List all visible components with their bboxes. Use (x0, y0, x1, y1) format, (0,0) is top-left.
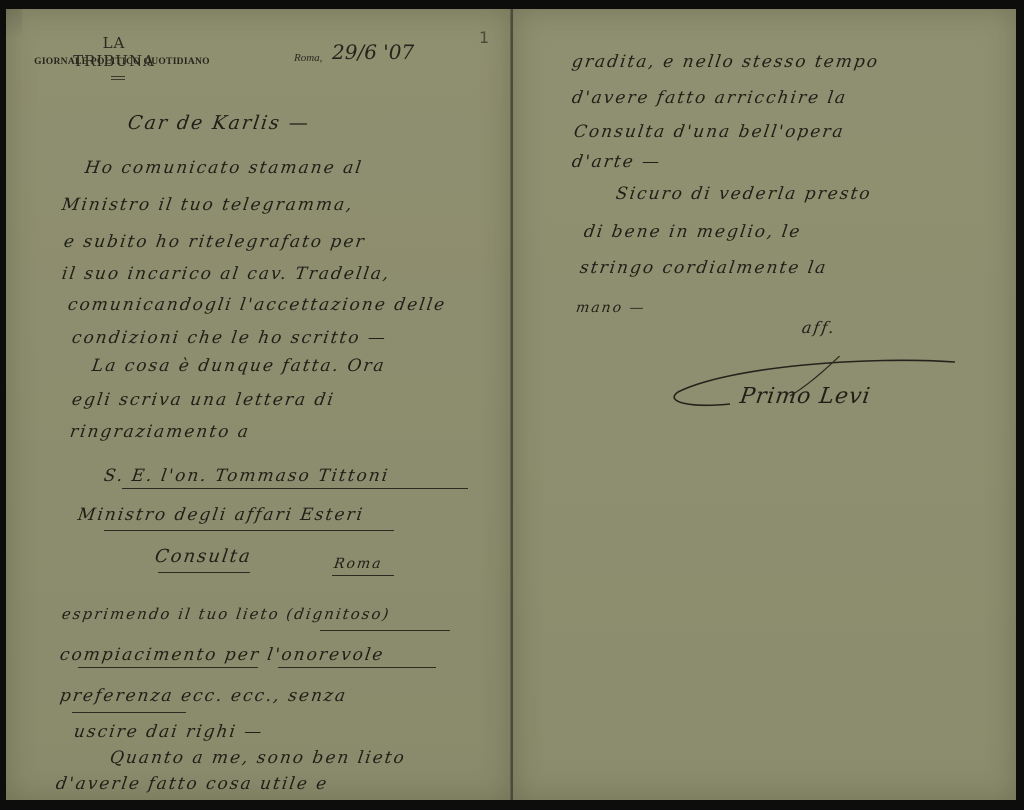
text-line: La cosa è dunque fatta. Ora (91, 356, 387, 376)
addressee-line: S. E. l'on. Tommaso Tittoni (103, 466, 391, 486)
addressee-line: Consulta (154, 546, 254, 567)
text-line: gradita, e nello stesso tempo (571, 52, 881, 72)
underline (78, 667, 258, 668)
underline (104, 530, 394, 531)
text-line: stringo cordialmente la (579, 258, 829, 278)
underline (278, 667, 436, 668)
closing: aff. (801, 318, 838, 337)
text-line: mano — (575, 300, 647, 316)
text-line: preferenza ecc. ecc., senza (59, 686, 349, 706)
text-line: Quanto a me, sono ben lieto (109, 748, 408, 768)
addressee-line: Ministro degli affari Esteri (77, 505, 366, 525)
text-line: comunicandogli l'accettazione delle (67, 295, 448, 315)
text-line: d'arte — (571, 152, 663, 172)
scanned-document: LA TRIBUNA GIORNALE POLITICO QUOTIDIANO … (0, 0, 1024, 810)
text-line: d'avere fatto arricchire la (571, 88, 849, 108)
underline (320, 630, 450, 631)
text-line: condizioni che le ho scritto — (71, 328, 389, 348)
text-line: di bene in meglio, le (583, 222, 803, 242)
text-line: ringraziamento a (69, 422, 252, 442)
text-line: esprimendo il tuo lieto (dignitoso) (61, 605, 392, 623)
text-line: compiacimento per l'onorevole (59, 645, 386, 665)
text-line: Consulta d'una bell'opera (573, 122, 846, 142)
folded-corner (6, 9, 22, 37)
text-line: il suo incarico al cav. Tradella, (61, 264, 392, 284)
letter-date: 29/6 '07 (332, 40, 414, 64)
underline (332, 575, 394, 576)
place-label: Roma, (294, 52, 322, 64)
underline (158, 572, 250, 573)
text-line: Ministro il tuo telegramma, (61, 195, 355, 215)
text-line: egli scriva una lettera di (71, 390, 337, 410)
signature: Primo Levi (738, 384, 872, 409)
letterhead-subtitle: GIORNALE POLITICO QUOTIDIANO (32, 57, 212, 67)
underline (122, 488, 468, 489)
text-line: e subito ho ritelegrafato per (63, 232, 367, 252)
letterhead-ornament-icon (111, 76, 125, 80)
text-line: d'averle fatto cosa utile e (55, 774, 330, 794)
salutation: Car de Karlis — (126, 112, 311, 134)
text-line: uscire dai righi — (73, 722, 265, 742)
underline (72, 712, 186, 713)
text-line: Ho comunicato stamane al (84, 158, 365, 178)
addressee-line: Roma (333, 556, 384, 572)
text-line: Sicuro di vederla presto (615, 184, 873, 204)
page-number: 1 (479, 28, 489, 47)
